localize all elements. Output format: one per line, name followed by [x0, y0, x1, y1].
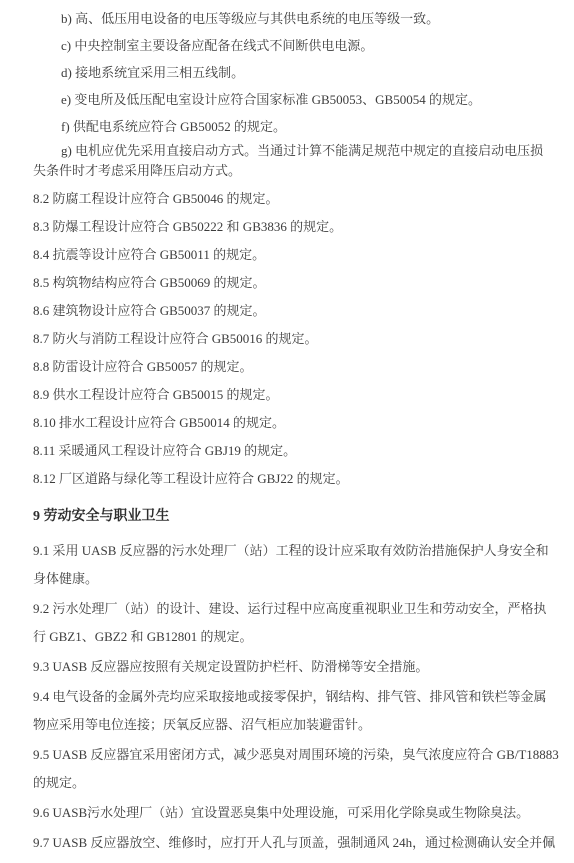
text-line: 8.5 构筑物结构应符合 GB50069 的规定。: [33, 270, 550, 295]
text-line: 8.2 防腐工程设计应符合 GB50046 的规定。: [33, 186, 550, 211]
text-line: 8.9 供水工程设计应符合 GB50015 的规定。: [33, 382, 550, 407]
document-page: b) 高、低压用电设备的电压等级应与其供电系统的电压等级一致。c) 中央控制室主…: [0, 0, 574, 863]
text-line: 9.7 UASB 反应器放空、维修时，应打开人孔与顶盖，强制通风 24h，通过检…: [33, 829, 550, 857]
text-line: 9.3 UASB 反应器应按照有关规定设置防护栏杆、防滑梯等安全措施。: [33, 653, 550, 681]
clause-9-6: 9.6 UASB污水处理厂（站）宜设置恶臭集中处理设施，可采用化学除臭或生物除臭…: [33, 799, 550, 827]
text-line: 8.8 防雷设计应符合 GB50057 的规定。: [33, 354, 550, 379]
text-line: 9.2 污水处理厂（站）的设计、建设、运行过程中应高度重视职业卫生和劳动安全，严…: [33, 595, 550, 623]
text-line: 8.12 厂区道路与绿化等工程设计应符合 GBJ22 的规定。: [33, 466, 550, 491]
text-line: 行 GBZ1、GBZ2 和 GB12801 的规定。: [33, 623, 550, 651]
text-line: 9.4 电气设备的金属外壳均应采取接地或接零保护，钢结构、排气管、排风管和铁栏等…: [33, 683, 550, 711]
clause-8-2: 8.2 防腐工程设计应符合 GB50046 的规定。: [33, 186, 550, 211]
list-item-d: d) 接地系统宜采用三相五线制。: [33, 60, 550, 85]
text-line: 8.4 抗震等设计应符合 GB50011 的规定。: [33, 242, 550, 267]
clause-8-11: 8.11 采暖通风工程设计应符合 GBJ19 的规定。: [33, 438, 550, 463]
clause-8-5: 8.5 构筑物结构应符合 GB50069 的规定。: [33, 270, 550, 295]
list-item-b: b) 高、低压用电设备的电压等级应与其供电系统的电压等级一致。: [33, 6, 550, 31]
clause-9-7: 9.7 UASB 反应器放空、维修时，应打开人孔与顶盖，强制通风 24h，通过检…: [33, 829, 550, 857]
text-line: 8.3 防爆工程设计应符合 GB50222 和 GB3836 的规定。: [33, 214, 550, 239]
text-line: e) 变电所及低压配电室设计应符合国家标准 GB50053、GB50054 的规…: [33, 87, 550, 112]
clause-8-12: 8.12 厂区道路与绿化等工程设计应符合 GBJ22 的规定。: [33, 466, 550, 491]
text-line: b) 高、低压用电设备的电压等级应与其供电系统的电压等级一致。: [33, 6, 550, 31]
text-line: 9.6 UASB污水处理厂（站）宜设置恶臭集中处理设施，可采用化学除臭或生物除臭…: [33, 799, 550, 827]
text-line: 9 劳动安全与职业卫生: [33, 504, 550, 529]
list-item-g: g) 电机应优先采用直接启动方式。当通过计算不能满足规范中规定的直接启动电压损失…: [33, 141, 550, 181]
text-line: 8.7 防火与消防工程设计应符合 GB50016 的规定。: [33, 326, 550, 351]
clause-8-4: 8.4 抗震等设计应符合 GB50011 的规定。: [33, 242, 550, 267]
text-line: 物应采用等电位连接；厌氧反应器、沼气柜应加装避雷针。: [33, 711, 550, 739]
clause-9-1: 9.1 采用 UASB 反应器的污水处理厂（站）工程的设计应采取有效防治措施保护…: [33, 537, 550, 593]
text-line: 9.5 UASB 反应器宜采用密闭方式，减少恶臭对周围环境的污染，臭气浓度应符合…: [33, 741, 550, 769]
clause-8-10: 8.10 排水工程设计应符合 GB50014 的规定。: [33, 410, 550, 435]
clause-8-9: 8.9 供水工程设计应符合 GB50015 的规定。: [33, 382, 550, 407]
clause-8-3: 8.3 防爆工程设计应符合 GB50222 和 GB3836 的规定。: [33, 214, 550, 239]
text-line: 失条件时才考虑采用降压启动方式。: [33, 161, 550, 181]
clause-8-6: 8.6 建筑物设计应符合 GB50037 的规定。: [33, 298, 550, 323]
clause-9-2: 9.2 污水处理厂（站）的设计、建设、运行过程中应高度重视职业卫生和劳动安全，严…: [33, 595, 550, 651]
document-body: b) 高、低压用电设备的电压等级应与其供电系统的电压等级一致。c) 中央控制室主…: [33, 6, 550, 857]
text-line: f) 供配电系统应符合 GB50052 的规定。: [33, 114, 550, 139]
text-line: 8.6 建筑物设计应符合 GB50037 的规定。: [33, 298, 550, 323]
clause-9-5: 9.5 UASB 反应器宜采用密闭方式，减少恶臭对周围环境的污染，臭气浓度应符合…: [33, 741, 550, 797]
text-line: c) 中央控制室主要设备应配备在线式不间断供电电源。: [33, 33, 550, 58]
list-item-f: f) 供配电系统应符合 GB50052 的规定。: [33, 114, 550, 139]
text-line: g) 电机应优先采用直接启动方式。当通过计算不能满足规范中规定的直接启动电压损: [33, 141, 550, 161]
text-line: d) 接地系统宜采用三相五线制。: [33, 60, 550, 85]
text-line: 8.10 排水工程设计应符合 GB50014 的规定。: [33, 410, 550, 435]
list-item-e: e) 变电所及低压配电室设计应符合国家标准 GB50053、GB50054 的规…: [33, 87, 550, 112]
text-line: 身体健康。: [33, 565, 550, 593]
clause-9-3: 9.3 UASB 反应器应按照有关规定设置防护栏杆、防滑梯等安全措施。: [33, 653, 550, 681]
text-line: 8.11 采暖通风工程设计应符合 GBJ19 的规定。: [33, 438, 550, 463]
section-9-heading: 9 劳动安全与职业卫生: [33, 504, 550, 529]
clause-8-7: 8.7 防火与消防工程设计应符合 GB50016 的规定。: [33, 326, 550, 351]
clause-8-8: 8.8 防雷设计应符合 GB50057 的规定。: [33, 354, 550, 379]
clause-9-4: 9.4 电气设备的金属外壳均应采取接地或接零保护，钢结构、排气管、排风管和铁栏等…: [33, 683, 550, 739]
list-item-c: c) 中央控制室主要设备应配备在线式不间断供电电源。: [33, 33, 550, 58]
text-line: 的规定。: [33, 769, 550, 797]
text-line: 9.1 采用 UASB 反应器的污水处理厂（站）工程的设计应采取有效防治措施保护…: [33, 537, 550, 565]
